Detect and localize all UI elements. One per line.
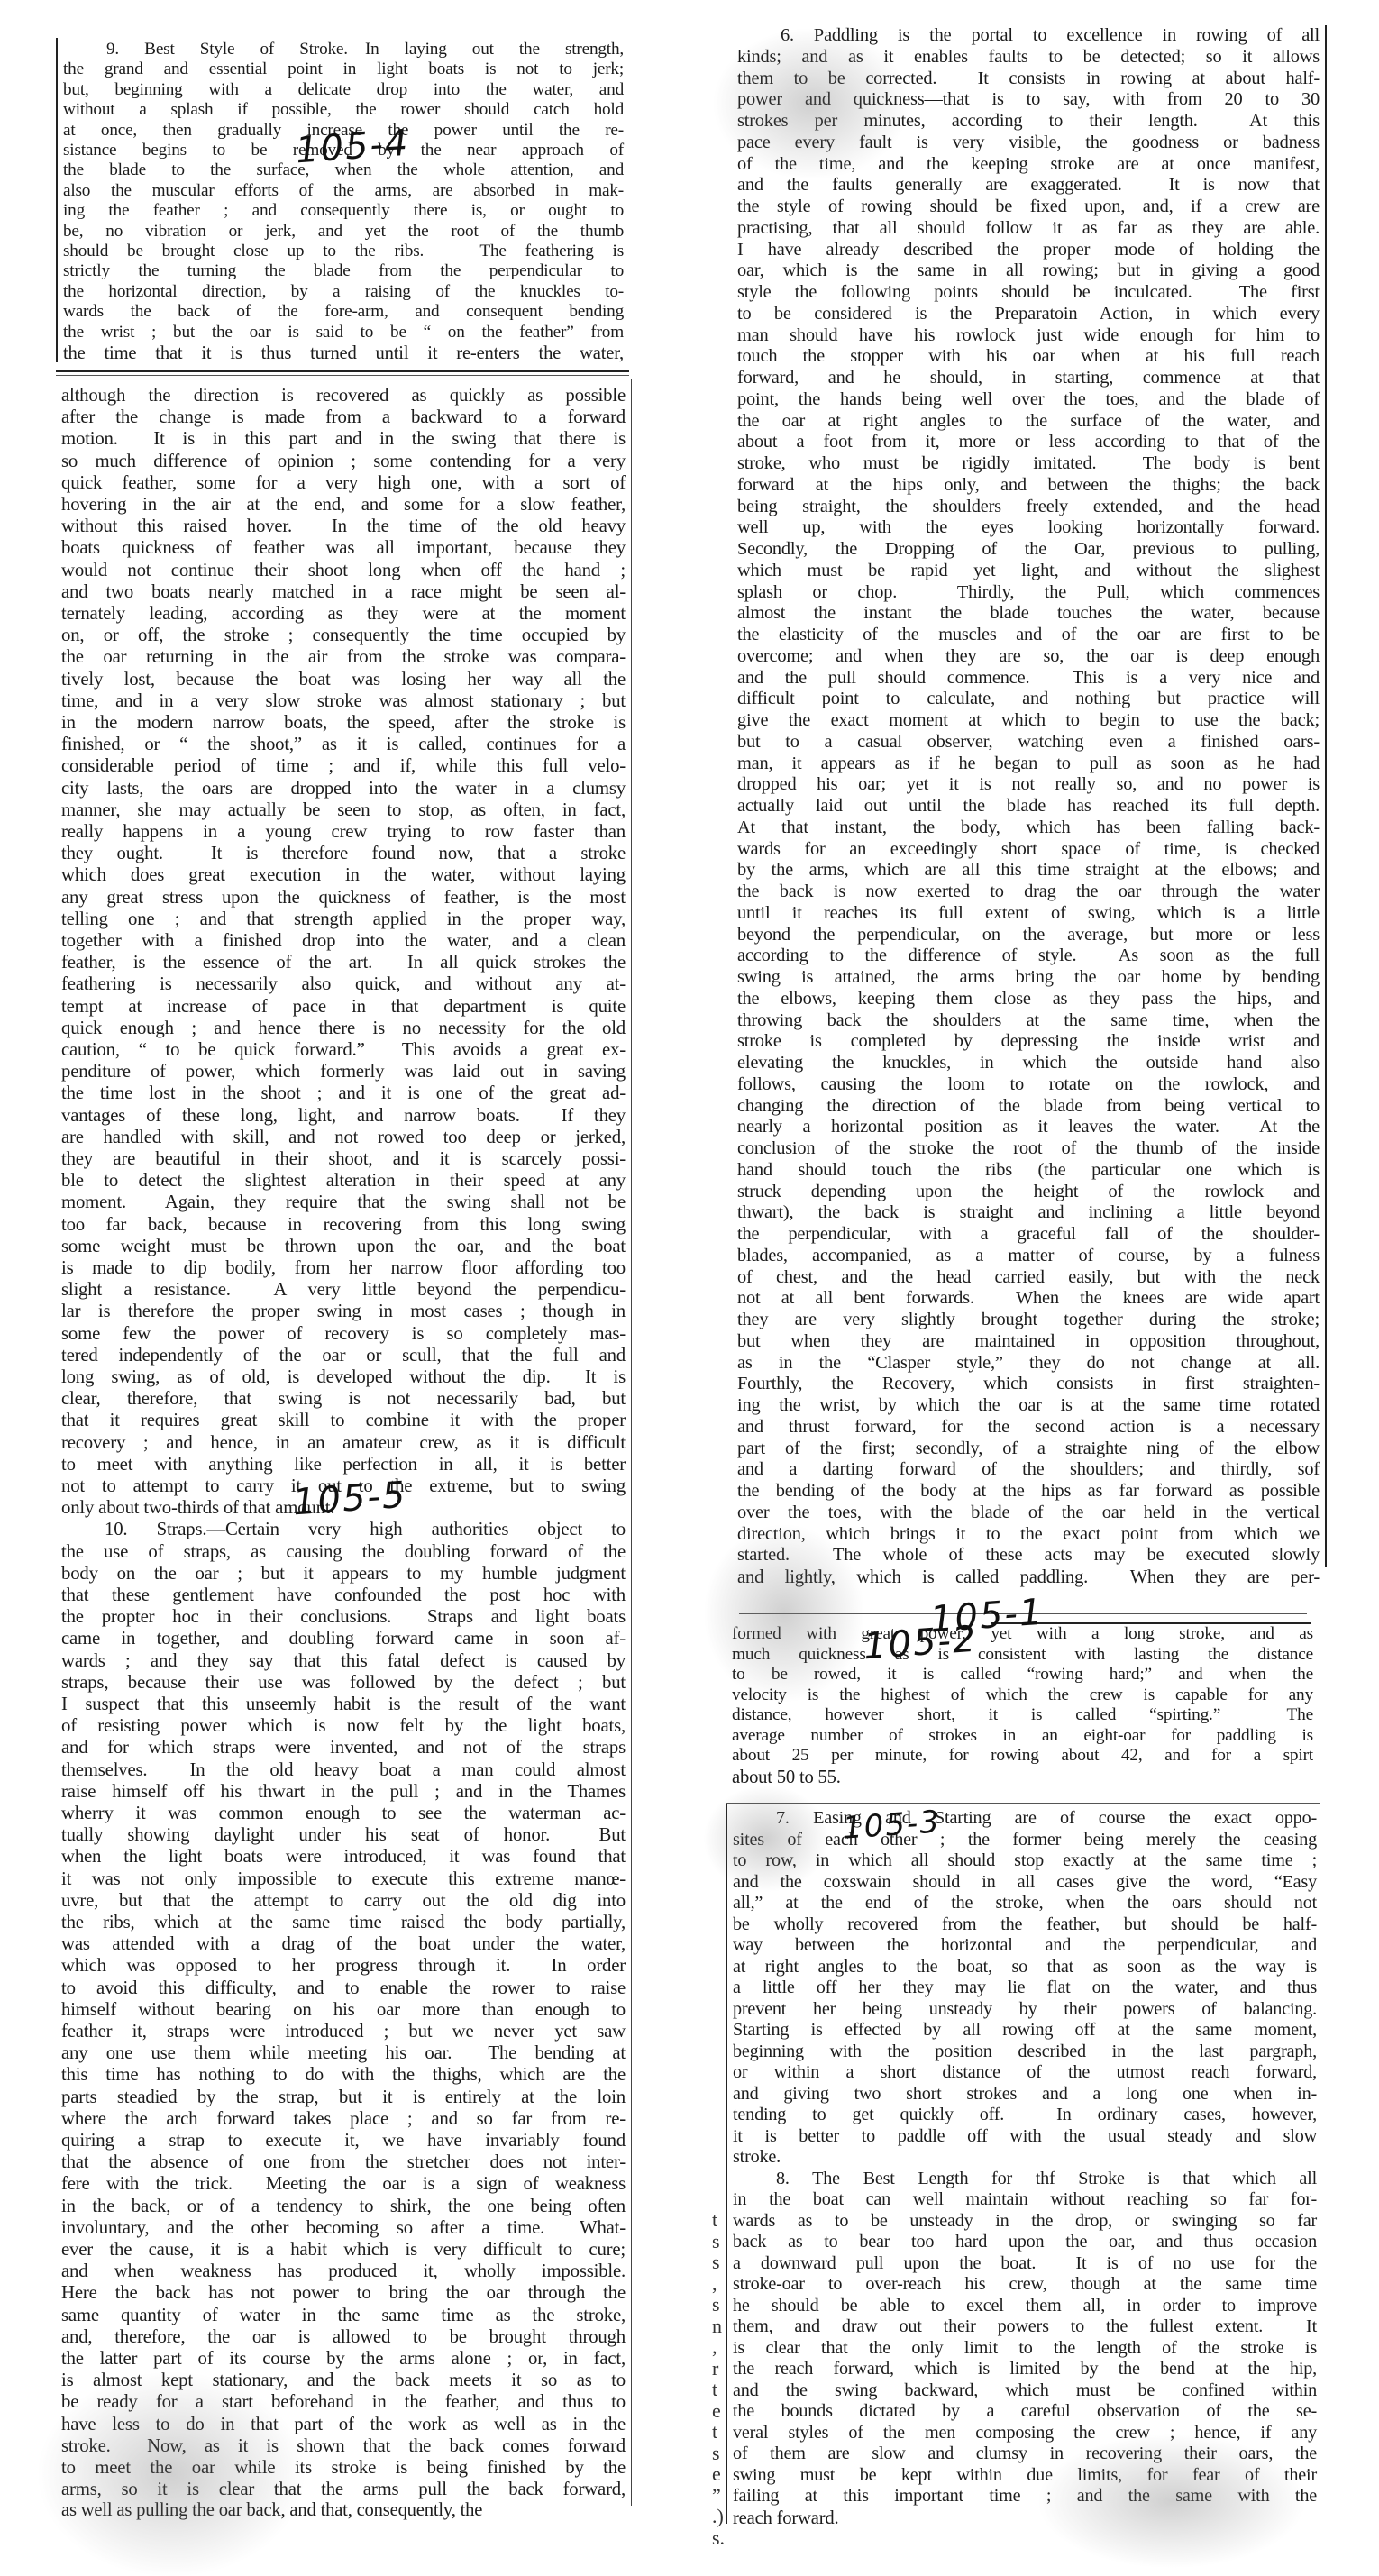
text-line: tempt at increase of pace in that depart… [61, 995, 626, 1017]
text-line: and when weakness has produced it, wholl… [61, 2260, 626, 2281]
text-line: be ready for a start beforehand in the f… [61, 2390, 626, 2412]
text-line: started. The whole of these acts may be … [737, 1545, 1320, 1567]
text-line: strictly the turning the blade from the … [63, 261, 624, 281]
text-line: feather it, straps were introduced ; but… [61, 2020, 626, 2042]
text-line: average number of strokes in an eight-oa… [732, 1726, 1313, 1747]
text-line: ever the cause, it is a habit which is v… [61, 2238, 626, 2260]
text-line: back as to bear too hard upon the oar, a… [733, 2232, 1317, 2253]
text-line: the oar at right angles to the surface o… [737, 411, 1320, 433]
text-line: as well as pulling the oar back, and tha… [61, 2499, 626, 2521]
text-line: or within a short distance of the utmost… [733, 2062, 1317, 2084]
text-line: the bounds dictated by a careful observa… [733, 2401, 1317, 2423]
margin-fragment: , [712, 2272, 717, 2296]
text-line: strokes per minutes, according to their … [737, 111, 1320, 132]
text-line: kinds; and as it enables faults to be de… [737, 47, 1320, 69]
text-line: follows, causing the loom to rotate on t… [737, 1074, 1320, 1096]
text-line: on, or off, the stroke ; consequently th… [61, 624, 626, 645]
text-line: to be rowed, it is called “rowing hard;”… [732, 1665, 1313, 1685]
text-line: 6. Paddling is the portal to excellence … [737, 25, 1320, 47]
text-line: was attended with a drag of the boat und… [61, 1932, 626, 1954]
text-line: body on the oar ; but it appears to my h… [61, 1562, 626, 1584]
text-line: caution, “ to be quick forward.” This av… [61, 1038, 626, 1060]
text-line: when the light boats were introduced, it… [61, 1845, 626, 1867]
text-line: uvre, but that the attempt to carry out … [61, 1889, 626, 1911]
text-line: tered independently of the oar or scull,… [61, 1344, 626, 1366]
text-line: they ought. It is therefore found now, t… [61, 842, 626, 863]
text-line: blades, accompanied, as a matter of cour… [737, 1246, 1320, 1267]
text-line: give the exact moment at which to begin … [737, 710, 1320, 732]
text-line: involuntary, and the other becoming so a… [61, 2216, 626, 2238]
text-line: parts steadied by the strap, but it is e… [61, 2086, 626, 2107]
text-line: about 50 to 55. [732, 1767, 1313, 1788]
text-line: 8. The Best Length for thf Stroke is tha… [733, 2169, 1317, 2190]
text-line: but to a casual observer, watching even … [737, 732, 1320, 754]
text-line: feather, is the essence of the art. In a… [61, 951, 626, 973]
text-line: to row, in which all should stop exactly… [733, 1850, 1317, 1872]
text-line: have less to do in that part of the work… [61, 2413, 626, 2434]
text-line: to be considered is the Preparatoin Acti… [737, 304, 1320, 325]
text-line: the back is now exerted to drag the oar … [737, 882, 1320, 903]
margin-fragment: t [712, 2208, 717, 2232]
text-line: practising, that all should follow it as… [737, 218, 1320, 240]
text-line: ing the wrist, by which the oar is at th… [737, 1395, 1320, 1417]
text-line: beginning with the position described in… [733, 2042, 1317, 2063]
text-line: them to be corrected. It consists in row… [737, 69, 1320, 90]
text-line: himself without bearing on his oar more … [61, 1998, 626, 2020]
text-line: is almost kept stationary, and the back … [61, 2369, 626, 2390]
handwritten-label-105-4: 105-4 [295, 123, 411, 172]
text-line: which must be rapid yet light, and witho… [737, 561, 1320, 582]
text-line: 7. Easing and Starting are of course the… [733, 1808, 1317, 1830]
text-line: struck depending upon the height of the … [737, 1182, 1320, 1203]
handwritten-label-105-2: 105-2 [863, 1619, 979, 1668]
text-line: about 25 per minute, for rowing about 42… [732, 1746, 1313, 1767]
text-line: velocity is the highest of which the cre… [732, 1685, 1313, 1706]
text-line: after the change is made from a backward… [61, 406, 626, 427]
text-line: wards as to be unsteady in the drop, or … [733, 2211, 1317, 2233]
margin-fragment: r [712, 2357, 718, 2380]
margin-fragment: ” [712, 2484, 721, 2507]
text-line: that these gentlement have confounded th… [61, 1584, 626, 1605]
margin-fragment: s [712, 2442, 720, 2465]
text-line: as in the “Clasper style,” they do not c… [737, 1353, 1320, 1375]
text-line: manner, she may actually be seen to stop… [61, 799, 626, 820]
text-line: not at all bent forwards. When the knees… [737, 1288, 1320, 1310]
text-line: them, and draw out their powers to the f… [733, 2316, 1317, 2338]
text-line: to avoid this difficulty, and to enable … [61, 1977, 626, 1998]
text-line: telling one ; and that strength applied … [61, 908, 626, 929]
text-line: a little off her they may lie flat on th… [733, 1978, 1317, 1999]
margin-fragment: , [712, 2335, 717, 2359]
text-line: in the back, or of a tendency to shirk, … [61, 2195, 626, 2216]
text-line: is made to dip bodily, from her narrow f… [61, 1256, 626, 1278]
margin-fragment: e [712, 2399, 721, 2423]
text-line: being straight, the shoulders freely ext… [737, 497, 1320, 518]
text-line: they are beautiful in their shoot, and i… [61, 1147, 626, 1169]
text-line: to meet the oar while its stroke is bein… [61, 2456, 626, 2478]
margin-fragment: n [712, 2315, 722, 2338]
margin-fragment: t [712, 2378, 717, 2401]
text-line: almost the instant the blade touches the… [737, 603, 1320, 625]
text-line: prevent her being unsteady by their powe… [733, 1999, 1317, 2021]
text-line: too far back, because in recovering from… [61, 1213, 626, 1235]
text-line: slight a resistance. A very little beyon… [61, 1278, 626, 1300]
text-line: fere with the trick. Meeting the oar is … [61, 2172, 626, 2194]
text-line: touch the stopper with his oar when at h… [737, 346, 1320, 368]
text-line: Fourthly, the Recovery, which consists i… [737, 1374, 1320, 1395]
text-line: is clear that the only limit to the leng… [733, 2338, 1317, 2360]
text-line: swing must be kept within due limits, fo… [733, 2465, 1317, 2487]
left-clipping-bottom-rule-thin [56, 375, 629, 376]
text-line: sites of each other ; the former being m… [733, 1830, 1317, 1851]
text-line: the horizontal direction, by a raising o… [63, 282, 624, 302]
text-line: time, and in a very slow stroke was almo… [61, 690, 626, 711]
margin-fragment: s [712, 2293, 720, 2316]
text-line: the oar returning in the air from the st… [61, 645, 626, 667]
text-line: although the direction is recovered as q… [61, 384, 626, 406]
text-line: tending to get quickly off. In ordinary … [733, 2105, 1317, 2126]
text-line: vantages of these long, light, and narro… [61, 1104, 626, 1126]
text-line: and two boats nearly matched in a race m… [61, 580, 626, 602]
text-line: this time has nothing to do with the thi… [61, 2063, 626, 2085]
text-line: I have already described the proper mode… [737, 240, 1320, 261]
margin-fragment: t [712, 2420, 717, 2444]
text-line: of resisting power which is now felt by … [61, 1714, 626, 1736]
text-line: to meet with anything like perfection in… [61, 1453, 626, 1475]
right-column-right-border [1325, 25, 1327, 1567]
text-line: and the swing backward, which must be co… [733, 2380, 1317, 2402]
text-line: all,” at the end of the stroke, when the… [733, 1893, 1317, 1914]
text-line: themselves. In the old heavy boat a man … [61, 1758, 626, 1780]
text-line: hovering in the air at the end, and some… [61, 493, 626, 515]
margin-fragment: s [712, 2230, 720, 2253]
text-line: be wholly recovered from the feather, bu… [733, 1914, 1317, 1936]
text-line: distance, however short, it is called “s… [732, 1705, 1313, 1726]
text-line: also the muscular efforts of the arms, a… [63, 181, 624, 201]
text-line: of chest, and the head carried easily, b… [737, 1267, 1320, 1289]
text-line: nearly a horizontal position as it leave… [737, 1117, 1320, 1138]
text-line: power and quickness—that is to say, with… [737, 89, 1320, 111]
text-line: which does great execution in the water,… [61, 863, 626, 885]
text-line: of them are slow and clumsy in recoverin… [733, 2444, 1317, 2465]
text-line: he should be able to excel them all, in … [733, 2296, 1317, 2317]
text-line: the wrist ; but the oar is said to be “ … [63, 323, 624, 343]
text-line: much quickness as is consistent with las… [732, 1645, 1313, 1666]
text-line: point, the hands being well over the toe… [737, 389, 1320, 411]
text-line: the elasticity of the muscles and of the… [737, 625, 1320, 646]
text-line: a downward pull upon the boat. It is of … [733, 2253, 1317, 2275]
margin-fragment: s [712, 2251, 720, 2274]
text-line: Starting is effected by all rowing off a… [733, 2020, 1317, 2042]
margin-fragment: .) [712, 2505, 724, 2528]
text-line: conclusion of the stroke the root of the… [737, 1138, 1320, 1160]
text-line: the reach forward, which is limited by t… [733, 2359, 1317, 2380]
text-line: same quantity of water in the same time … [61, 2304, 626, 2325]
text-line: swing is attained, the arms bring the oa… [737, 967, 1320, 989]
text-line: considerable period of time ; and if, wh… [61, 754, 626, 776]
left-clipping-border [56, 38, 58, 362]
text-line: well up, with the eyes looking horizonta… [737, 517, 1320, 539]
text-line: ing the feather ; and consequently there… [63, 201, 624, 221]
text-line: any one use them while meeting his oar. … [61, 2042, 626, 2063]
text-line: and thrust forward, for the second actio… [737, 1417, 1320, 1439]
left-clipping-bottom-rule [56, 370, 629, 372]
text-line: the perpendicular, with a graceful fall … [737, 1224, 1320, 1246]
text-line: lar is therefore the proper swing in mos… [61, 1300, 626, 1321]
text-line: and for which straps were invented, and … [61, 1736, 626, 1758]
text-line: the time lost in the shoot ; and it is o… [61, 1082, 626, 1103]
text-line: dropped his oar; yet it is not really so… [737, 774, 1320, 796]
text-line: At that instant, the body, which has bee… [737, 818, 1320, 839]
text-line: of the time, and the keeping stroke are … [737, 154, 1320, 176]
text-line: feathering is necessarily also quick, an… [61, 973, 626, 994]
text-line: hand should touch the ribs (the particul… [737, 1160, 1320, 1182]
text-line: clear, therefore, that swing is not nece… [61, 1387, 626, 1409]
text-line: and giving two short strokes and a long … [733, 2084, 1317, 2106]
text-line: stroke-oar to over-reach his crew, thoug… [733, 2274, 1317, 2296]
text-line: the elbows, keeping them close as they p… [737, 989, 1320, 1010]
text-line: straps, because their use was followed b… [61, 1671, 626, 1693]
text-line: in the modern narrow boats, the speed, a… [61, 711, 626, 733]
text-line: forward, and he should, in starting, com… [737, 368, 1320, 389]
text-line: and the coxswain should in all cases giv… [733, 1872, 1317, 1894]
text-line: style the following points should be inc… [737, 282, 1320, 304]
text-line: veral styles of the men composing the cr… [733, 2423, 1317, 2444]
text-line: ble to detect the slightest alteration i… [61, 1169, 626, 1191]
text-line: according to the difference of style. As… [737, 945, 1320, 967]
text-line: boats quickness of feather was all impor… [61, 536, 626, 558]
right-lower-clipping-top-rule [726, 1803, 1320, 1804]
text-line: man should have his rowlock just wide en… [737, 325, 1320, 347]
text-line: elevating the knuckles, in which the out… [737, 1053, 1320, 1074]
text-line: quick enough ; and hence there is no nec… [61, 1017, 626, 1038]
margin-fragment: s. [712, 2526, 725, 2550]
text-line: wards ; and they say that this fatal def… [61, 1649, 626, 1671]
text-line: part of the first; secondly, of a straig… [737, 1439, 1320, 1460]
text-line: in the boat can well maintain without re… [733, 2189, 1317, 2211]
text-line: finished, or “ the shoot,” as it is call… [61, 733, 626, 754]
text-line: be, no vibration or jerk, and yet the ro… [63, 222, 624, 242]
text-line: wards for an exceedingly short space of … [737, 839, 1320, 861]
text-line: without this raised hover. In the time o… [61, 515, 626, 536]
text-line: long swing, as of old, is developed with… [61, 1366, 626, 1387]
text-line: quick feather, some for a very high one,… [61, 471, 626, 493]
text-line: at right angles to the boat, so that as … [733, 1957, 1317, 1978]
text-line: about a foot from it, more or less accor… [737, 432, 1320, 453]
text-line: they are very slightly brought together … [737, 1310, 1320, 1331]
text-line: splash or chop. Thirdly, the Pull, which… [737, 582, 1320, 604]
text-line: way between the horizontal and the perpe… [733, 1935, 1317, 1957]
text-line: without a splash if possible, the rower … [63, 100, 624, 120]
text-line: throwing back the shoulders at the same … [737, 1010, 1320, 1032]
text-line: pace every fault is very visible, the go… [737, 132, 1320, 154]
margin-fragment: e [712, 2462, 721, 2486]
text-line: stroke. [733, 2147, 1317, 2169]
text-line: until it reaches its full extent of swin… [737, 903, 1320, 925]
text-line: would not continue their shoot long when… [61, 559, 626, 580]
text-line: moment. Again, they require that the swi… [61, 1191, 626, 1212]
text-line: changing the direction of the blade from… [737, 1096, 1320, 1118]
text-line: actually laid out until the blade has re… [737, 796, 1320, 818]
text-line: the use of straps, as causing the doubli… [61, 1540, 626, 1562]
text-line: wards the back of the fore-arm, and cons… [63, 302, 624, 322]
text-line: reach forward. [733, 2507, 1317, 2529]
text-line: and a darting forward of the shoulders; … [737, 1459, 1320, 1481]
text-line: it is better to paddle off with the usua… [733, 2126, 1317, 2148]
text-line: Here the back has not power to bring the… [61, 2281, 626, 2303]
text-line: but when they are maintained in oppositi… [737, 1331, 1320, 1353]
handwritten-label-105-5: 105-5 [292, 1475, 408, 1524]
text-line: I suspect that this unseemly habit is th… [61, 1693, 626, 1714]
text-line: the ribs, which at the same time raised … [61, 1911, 626, 1932]
text-line: together with a finished drop into the w… [61, 929, 626, 951]
text-line: the latter part of its course by the arm… [61, 2347, 626, 2369]
text-line: the style of rowing should be fixed upon… [737, 196, 1320, 218]
text-line: the propter hoc in their conclusions. St… [61, 1605, 626, 1627]
text-line: forward at the hips only, and between th… [737, 475, 1320, 497]
text-line: some weight must be thrown upon the oar,… [61, 1235, 626, 1256]
text-line: and the faults generally are exaggerated… [737, 175, 1320, 196]
text-line: thwart), the back is straight and inclin… [737, 1202, 1320, 1224]
text-line: tually showing daylight under his seat o… [61, 1823, 626, 1845]
text-line: tively lost, because the boat was losing… [61, 668, 626, 690]
text-line: the time that it is thus turned until it… [63, 343, 624, 364]
text-line: any great stress upon the quickness of f… [61, 886, 626, 908]
text-line: quiring a strap to execute it, we have i… [61, 2129, 626, 2151]
text-line: and lightly, which is called paddling. W… [737, 1567, 1320, 1588]
text-line: but, beginning with a delicate drop into… [63, 80, 624, 100]
text-line: the bending of the body at the hips as f… [737, 1481, 1320, 1503]
text-line: 9. Best Style of Stroke.—In laying out t… [63, 40, 624, 59]
text-line: by the arms, which are all this time str… [737, 860, 1320, 882]
text-line: which was opposed to her progress throug… [61, 1954, 626, 1976]
text-line: and, therefore, the oar is allowed to be… [61, 2325, 626, 2347]
text-line: motion. It is in this part and in the sw… [61, 427, 626, 449]
text-line: came in together, and doubling forward c… [61, 1627, 626, 1649]
text-line: the grand and essential point in light b… [63, 59, 624, 79]
text-line: that it requires great skill to combine … [61, 1409, 626, 1430]
left-column-right-border [631, 379, 632, 2506]
text-line: direction, which brings it to the exact … [737, 1524, 1320, 1546]
text-line: overcome; and when they are so, the oar … [737, 646, 1320, 668]
text-line: man, it appears as if he began to pull a… [737, 754, 1320, 775]
text-line: stroke, who must be rigidly imitated. Th… [737, 453, 1320, 475]
text-line: recovery ; and hence, in an amateur crew… [61, 1431, 626, 1453]
text-line: that the absence of one from the stretch… [61, 2151, 626, 2172]
text-line: beyond the perpendicular, on the average… [737, 925, 1320, 946]
text-line: and the pull should commence. This is a … [737, 668, 1320, 690]
text-line: stroke is completed by depressing the in… [737, 1031, 1320, 1053]
text-line: over the toes, with the blade of the oar… [737, 1503, 1320, 1524]
text-line: penditure of power, which formerly was l… [61, 1060, 626, 1082]
text-line: are handled with skill, and not rowed to… [61, 1126, 626, 1147]
text-line: city lasts, the oars are dropped into th… [61, 777, 626, 799]
text-line: ternately leading, according as they wer… [61, 602, 626, 624]
text-line: failing at this important time ; and the… [733, 2486, 1317, 2507]
text-line: should be brought close up to the ribs. … [63, 242, 624, 261]
handwritten-label-105-3: 105-3 [842, 1804, 942, 1846]
text-line: so much difference of opinion ; some con… [61, 450, 626, 471]
text-line: difficult point to calculate, and nothin… [737, 689, 1320, 710]
text-line: Secondly, the Dropping of the Oar, previ… [737, 539, 1320, 561]
right-lower-clipping-border [726, 1803, 727, 2524]
text-line: some few the power of recovery is so com… [61, 1322, 626, 1344]
text-line: raise himself off his thwart in the pull… [61, 1780, 626, 1802]
text-line: it was not only impossible to execute th… [61, 1868, 626, 1889]
text-line: arms, so it is clear that the arms pull … [61, 2478, 626, 2499]
text-line: 10. Straps.—Certain very high authoritie… [61, 1518, 626, 1539]
text-line: wherry it was common enough to see the w… [61, 1802, 626, 1823]
text-line: where the arch forward takes place ; and… [61, 2107, 626, 2129]
text-line: really happens in a young crew trying to… [61, 820, 626, 842]
text-line: oar, which is the same in all rowing; bu… [737, 260, 1320, 282]
text-line: stroke. Now, as it is shown that the bac… [61, 2434, 626, 2456]
